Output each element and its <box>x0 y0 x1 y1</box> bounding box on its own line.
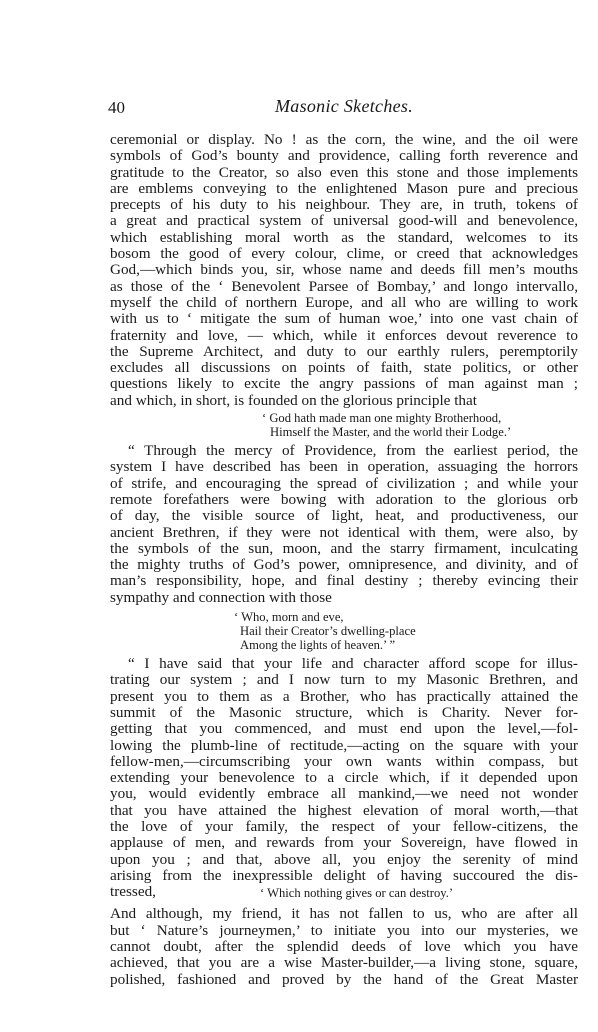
text-line: as those of the ‘ Benevolent Parsee of B… <box>110 279 578 295</box>
text-line: the Supreme Architect, and duty to our e… <box>110 344 578 360</box>
text-line: are emblems conveying to the enlightened… <box>110 181 578 197</box>
text-line: which establishing moral worth as the st… <box>110 230 578 246</box>
text-line: applause of men, and rewards from your S… <box>110 835 578 851</box>
text-line: “ Through the mercy of Providence, from … <box>110 443 578 459</box>
text-line: you, would evidently embrace all mankind… <box>110 786 578 802</box>
text-line: bosom the good of every colour, clime, o… <box>110 246 578 262</box>
verse-quote: ‘ God hath made man one mighty Brotherho… <box>110 409 578 443</box>
verse-line: Himself the Master, and the world their … <box>110 425 578 439</box>
text-line: ancient Brethren, if they were not ident… <box>110 525 578 541</box>
text-line: getting that you commenced, and must end… <box>110 721 578 737</box>
paragraph: “ Through the mercy of Providence, from … <box>110 443 578 606</box>
text-line: the mighty truths of God’s power, omnipr… <box>110 557 578 573</box>
text-line: a great and practical system of universa… <box>110 213 578 229</box>
text-line: And although, my friend, it has not fall… <box>110 906 578 922</box>
text-line: system I have described has been in oper… <box>110 459 578 475</box>
verse-quote: ‘ Who, morn and eve, Hail their Creator’… <box>110 606 578 656</box>
paragraph: And although, my friend, it has not fall… <box>110 906 578 987</box>
text-line: with us to ‘ mitigate the sum of human w… <box>110 311 578 327</box>
text-line: God,—which binds you, sir, whose name an… <box>110 262 578 278</box>
text-line: cannot doubt, after the splendid deeds o… <box>110 939 578 955</box>
text-line: myself the child of northern Europe, and… <box>110 295 578 311</box>
paragraph: “ I have said that your life and charact… <box>110 656 578 900</box>
text-line: lowing the plumb-line of rectitude,—acti… <box>110 738 578 754</box>
text-line: upon you ; and that, above all, you enjo… <box>110 852 578 868</box>
verse-line: Hail their Creator’s dwelling-place <box>110 624 578 638</box>
text-line: fraternity and love, — which, while it e… <box>110 328 578 344</box>
text-line: precepts of his duty to his neighbour. T… <box>110 197 578 213</box>
text-line: extending your benevolence to a circle w… <box>110 770 578 786</box>
text-line: arising from the inexpressible delight o… <box>110 868 578 884</box>
verse-line: ‘ Who, morn and eve, <box>110 610 578 624</box>
page-header: 40 Masonic Sketches. <box>108 96 580 120</box>
verse-line: ‘ Which nothing gives or can destroy.’ <box>110 886 578 900</box>
text-line: fellow-men,—circumscribing your own want… <box>110 754 578 770</box>
text-line: of day, the visible source of light, hea… <box>110 508 578 524</box>
text-line: present you to them as a Brother, who ha… <box>110 689 578 705</box>
verse-line: ‘ God hath made man one mighty Brotherho… <box>110 411 578 425</box>
text-line: of strife, and encouraging the spread of… <box>110 476 578 492</box>
running-title: Masonic Sketches. <box>108 96 580 117</box>
verse-line: Among the lights of heaven.’ ” <box>110 638 578 652</box>
text-line: man’s responsibility, hope, and final de… <box>110 573 578 589</box>
text-line: that you have attained the highest eleva… <box>110 803 578 819</box>
text-line: the symbols of the sun, moon, and the st… <box>110 541 578 557</box>
text-line: questions likely to excite the angry pas… <box>110 376 578 392</box>
paragraph: ceremonial or display. No ! as the corn,… <box>110 132 578 409</box>
text-line: excludes all discussions on points of fa… <box>110 360 578 376</box>
text-line: achieved, that you are a wise Master-bui… <box>110 955 578 971</box>
text-line: but ‘ Nature’s journeymen,’ to initiate … <box>110 923 578 939</box>
book-page: 40 Masonic Sketches. ceremonial or displ… <box>0 0 598 1032</box>
text-line: “ I have said that your life and charact… <box>110 656 578 672</box>
text-line: ceremonial or display. No ! as the corn,… <box>110 132 578 148</box>
text-line: symbols of God’s bounty and providence, … <box>110 148 578 164</box>
text-line: the love of your family, the respect of … <box>110 819 578 835</box>
text-line: gratitude to the Creator, so also even t… <box>110 165 578 181</box>
page-body: ceremonial or display. No ! as the corn,… <box>110 132 578 988</box>
text-line: polished, fashioned and proved by the ha… <box>110 972 578 988</box>
text-line: remote forefathers were bowing with ador… <box>110 492 578 508</box>
text-line: summit of the Masonic structure, which i… <box>110 705 578 721</box>
verse-quote: ‘ Which nothing gives or can destroy.’ <box>110 886 578 906</box>
text-line: trating our system ; and I now turn to m… <box>110 672 578 688</box>
text-line: and which, in short, is founded on the g… <box>110 393 578 409</box>
text-line: sympathy and connection with those <box>110 590 578 606</box>
